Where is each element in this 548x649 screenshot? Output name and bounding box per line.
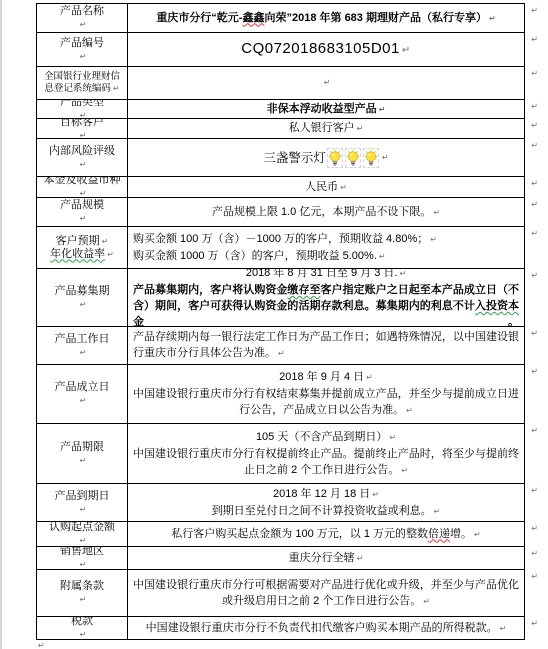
label-registration-code[interactable]: 全国银行业理财信 息登记系统编码↵ [37, 67, 128, 99]
paragraph-mark-icon: ↵ [406, 406, 413, 415]
paragraph-mark-icon: ↵ [80, 454, 87, 467]
product-info-table: 产品名称↵ 重庆市分行“乾元-鑫鑫向荣”2018 年第 683 期理财产品（私行… [36, 3, 525, 640]
row-registration-code: 全国银行业理财信 息登记系统编码↵ ↵ ↵ [37, 66, 524, 99]
value-fundraising-period[interactable]: 2018 年 8 月 31 日至 9 月 3 日.↵ 产品募集期内，客户将认购资… [128, 269, 524, 326]
row-end-mark-icon: ↵ [531, 367, 538, 376]
row-tax: 税款↵ 中国建设银行重庆市分行不负责代扣代缴客户购买本期产品的所得税款。↵ ↵ [37, 616, 524, 639]
label-text: 产品规模 [60, 199, 104, 212]
label-text: 产品期限 [60, 441, 104, 454]
establishment-date-text: 2018 年 9 月 4 日↵ [133, 369, 519, 386]
value-minimum-subscription[interactable]: 私行客户购买起点金额为 100 万元，以 1 万元的整数倍递增。↵ [128, 522, 524, 546]
row-product-scale: 产品规模↵ 产品规模上限 1.0 亿元，本期产品不设下限。↵ ↵ [37, 197, 524, 226]
label-text: 产品募集期 [55, 285, 110, 298]
label-text: 产品成立日 [55, 381, 110, 394]
label-text: 目标客户 [60, 119, 104, 129]
paragraph-mark-icon: ↵ [500, 624, 507, 633]
maturity-note: 到期日至兑付日之间不计算投资收益或利息。↵ [133, 503, 519, 520]
row-end-mark-icon: ↵ [531, 426, 538, 435]
label-product-scale[interactable]: 产品规模↵ [37, 198, 128, 226]
value-business-days[interactable]: 产品存续期内每一银行法定工作日为产品工作日；如遇特殊情况，以中国建设银行重庆市分… [128, 327, 524, 364]
paragraph-mark-icon: ↵ [423, 597, 430, 606]
value-registration-code[interactable]: ↵ [128, 67, 524, 99]
yield-tier-2: 购买金额 1000 万（含）的客户，预期收益 5.00%.↵ [133, 248, 519, 265]
row-fundraising-period: 产品募集期↵ 2018 年 8 月 31 日至 9 月 3 日.↵ 产品募集期内… [37, 268, 524, 326]
paragraph-mark-icon: ↵ [80, 593, 87, 606]
row-end-mark-icon: ↵ [531, 572, 538, 581]
paragraph-mark-icon: ↵ [113, 84, 120, 93]
row-currency: 本金及收益币种↵ 人民币↵ ↵ [37, 176, 524, 197]
label-product-term[interactable]: 产品期限↵ [37, 424, 128, 483]
warning-light-icon [345, 148, 361, 168]
row-risk-rating: 内部风险评级↵ 三盏警示灯 ↵ ↵ [37, 138, 524, 176]
row-minimum-subscription: 认购起点金额↵ 私行客户购买起点金额为 100 万元，以 1 万元的整数倍递增。… [37, 521, 524, 546]
paragraph-mark-icon: ↵ [80, 158, 87, 171]
paragraph-mark-icon: ↵ [474, 530, 481, 539]
page-left-edge [0, 0, 2, 649]
label-text: 内部风险评级 [49, 145, 115, 158]
document-page: 产品名称↵ 重庆市分行“乾元-鑫鑫向荣”2018 年第 683 期理财产品（私行… [0, 0, 548, 649]
paragraph-mark-icon: ↵ [80, 18, 87, 31]
value-product-name[interactable]: 重庆市分行“乾元-鑫鑫向荣”2018 年第 683 期理财产品（私行专享）↵ [128, 4, 524, 32]
label-product-type[interactable]: 产品类型↵ [37, 100, 128, 118]
row-end-mark-icon: ↵ [531, 329, 538, 338]
label-text: 产品编号 [60, 37, 104, 50]
warning-light-icon [363, 148, 379, 168]
label-product-name[interactable]: 产品名称↵ [37, 4, 128, 32]
label-additional-terms[interactable]: 附属条款↵ [37, 570, 128, 616]
value-product-code[interactable]: CQ072018683105D01↵ [128, 33, 524, 66]
paragraph-mark-icon: ↵ [80, 394, 87, 407]
value-additional-terms[interactable]: 中国建设银行重庆市分行可根据需要对产品进行优化或升级，并至少与产品优化或升级启用… [128, 570, 524, 616]
label-text-line1: 客户预期↵ [56, 235, 109, 248]
value-sales-region[interactable]: 重庆分行全辖↵ [128, 547, 524, 569]
establishment-terms: 中国建设银行重庆市分行有权结束募集并提前成立产品，并至少与提前成立日进行公告，产… [133, 386, 519, 419]
row-sales-region: 销售地区↵ 重庆分行全辖↵ ↵ [37, 546, 524, 569]
row-end-mark-icon: ↵ [531, 200, 538, 209]
row-end-mark-icon: ↵ [531, 6, 538, 15]
target-customer-text: 私人银行客户↵ [133, 120, 519, 137]
row-end-mark-icon: ↵ [531, 69, 538, 78]
tax-text: 中国建设银行重庆市分行不负责代扣代缴客户购买本期产品的所得税款。↵ [133, 620, 519, 637]
value-currency[interactable]: 人民币↵ [128, 177, 524, 197]
value-establishment-date[interactable]: 2018 年 9 月 4 日↵ 中国建设银行重庆市分行有权结束募集并提前成立产品… [128, 365, 524, 423]
misspelled-text: 鑫鑫 [242, 12, 264, 24]
label-sales-region[interactable]: 销售地区↵ [37, 547, 128, 569]
label-text: 附属条款 [60, 580, 104, 593]
paragraph-mark-icon: ↵ [80, 503, 87, 516]
label-text: 销售地区 [60, 547, 104, 558]
label-expected-yield[interactable]: 客户预期↵ 年化收益率↵ [37, 227, 128, 268]
paragraph-mark-icon: ↵ [102, 237, 109, 246]
product-term-text: 105 天（不含产品到期日）↵ [133, 429, 519, 446]
label-text-line1: 全国银行业理财信 [44, 71, 120, 83]
row-target-customer: 目标客户↵ 私人银行客户↵ ↵ [37, 118, 524, 138]
paragraph-mark-icon: ↵ [278, 349, 285, 358]
warning-light-icon [327, 148, 343, 168]
risk-rating-text: 三盏警示灯 ↵ [133, 148, 519, 168]
label-tax[interactable]: 税款↵ [37, 617, 128, 639]
row-end-mark-icon: ↵ [531, 271, 538, 280]
paragraph-mark-icon: ↵ [80, 129, 87, 139]
paragraph-mark-icon: ↵ [401, 466, 408, 475]
paragraph-mark-icon: ↵ [382, 150, 389, 166]
paragraph-mark-icon: ↵ [366, 373, 373, 382]
paragraph-mark-icon: ↵ [433, 208, 440, 217]
minimum-subscription-text: 私行客户购买起点金额为 100 万元，以 1 万元的整数倍递增。↵ [133, 526, 519, 543]
yield-tier-1: 购买金额 100 万（含）－1000 万的客户，预期收益 4.80%；↵ [133, 231, 519, 248]
value-product-type[interactable]: 非保本浮动收益型产品↵ [128, 100, 524, 118]
row-additional-terms: 附属条款↵ 中国建设银行重庆市分行可根据需要对产品进行优化或升级，并至少与产品优… [37, 569, 524, 616]
row-end-mark-icon: ↵ [531, 121, 538, 130]
row-end-mark-icon: ↵ [531, 229, 538, 238]
misspelled-text: 倍递 [428, 528, 450, 540]
paragraph-mark-icon: ↵ [379, 105, 386, 114]
paragraph-mark-icon: ↵ [434, 507, 441, 516]
paragraph-mark-icon: ↵ [489, 14, 496, 23]
product-type-text: 非保本浮动收益型产品↵ [133, 101, 519, 118]
row-product-code: 产品编号↵ CQ072018683105D01↵ ↵ [37, 32, 524, 66]
product-code-text: CQ072018683105D01↵ [133, 41, 519, 59]
fundraising-terms: 产品募集期内，客户将认购资金缴存至客户指定账户之日起至本产品成立日（不含）期间，… [133, 282, 519, 326]
value-product-scale[interactable]: 产品规模上限 1.0 亿元，本期产品不设下限。↵ [128, 198, 524, 226]
paragraph-mark-icon: ↵ [80, 534, 87, 546]
row-product-term: 产品期限↵ 105 天（不含产品到期日）↵ 中国建设银行重庆市分行有权提前终止产… [37, 423, 524, 483]
label-text: 产品工作日 [55, 333, 110, 346]
paragraph-mark-icon: ↵ [340, 183, 347, 192]
paragraph-mark-icon: ↵ [80, 187, 87, 197]
row-end-mark-icon: ↵ [531, 524, 538, 533]
paragraph-mark-icon: ↵ [80, 628, 87, 639]
paragraph-mark-icon: ↵ [399, 269, 406, 278]
row-business-days: 产品工作日↵ 产品存续期内每一银行法定工作日为产品工作日；如遇特殊情况，以中国建… [37, 326, 524, 364]
row-end-mark-icon: ↵ [531, 35, 538, 44]
label-currency[interactable]: 本金及收益币种↵ [37, 177, 128, 197]
paragraph-mark-icon: ↵ [379, 252, 386, 261]
value-risk-rating[interactable]: 三盏警示灯 ↵ [128, 139, 524, 176]
label-text: 产品类型 [60, 100, 104, 109]
label-text-line2: 息登记系统编码↵ [44, 83, 119, 95]
paragraph-mark-icon: ↵ [372, 490, 379, 499]
label-text: 税款 [71, 617, 93, 628]
value-target-customer[interactable]: 私人银行客户↵ [128, 119, 524, 138]
label-risk-rating[interactable]: 内部风险评级↵ [37, 139, 128, 176]
value-maturity-date[interactable]: 2018 年 12 月 18 日↵ 到期日至兑付日之间不计算投资收益或利息。↵ [128, 484, 524, 521]
row-end-mark-icon: ↵ [531, 179, 538, 188]
business-days-text: 产品存续期内每一银行法定工作日为产品工作日；如遇特殊情况，以中国建设银行重庆市分… [133, 329, 519, 362]
additional-terms-text: 中国建设银行重庆市分行可根据需要对产品进行优化或升级，并至少与产品优化或升级启用… [133, 577, 519, 610]
label-maturity-date[interactable]: 产品到期日↵ [37, 484, 128, 521]
paragraph-mark-icon: ↵ [80, 298, 87, 311]
product-name-text: 重庆市分行“乾元-鑫鑫向荣”2018 年第 683 期理财产品（私行专享）↵ [133, 10, 519, 27]
label-text-line2: 年化收益率↵ [50, 248, 114, 261]
row-end-mark-icon: ↵ [531, 486, 538, 495]
row-end-mark-icon: ↵ [531, 549, 538, 558]
paragraph-mark-icon: ↵ [389, 433, 396, 442]
paragraph-mark-icon: ↵ [38, 641, 45, 649]
paragraph-mark-icon: ↵ [80, 346, 87, 359]
value-expected-yield[interactable]: 购买金额 100 万（含）－1000 万的客户，预期收益 4.80%；↵ 购买金… [128, 227, 524, 268]
maturity-date-text: 2018 年 12 月 18 日↵ [133, 486, 519, 503]
label-target-customer[interactable]: 目标客户↵ [37, 119, 128, 138]
fundraising-dates: 2018 年 8 月 31 日至 9 月 3 日.↵ [133, 269, 519, 282]
row-end-mark-icon: ↵ [531, 102, 538, 111]
paragraph-mark-icon: ↵ [80, 558, 87, 569]
value-tax[interactable]: 中国建设银行重庆市分行不负责代扣代缴客户购买本期产品的所得税款。↵ [128, 617, 524, 639]
label-text: 产品名称 [60, 5, 104, 18]
row-expected-yield: 客户预期↵ 年化收益率↵ 购买金额 100 万（含）－1000 万的客户，预期收… [37, 226, 524, 268]
row-end-mark-icon: ↵ [531, 619, 538, 628]
paragraph-mark-icon: ↵ [430, 235, 437, 244]
paragraph-mark-icon: ↵ [80, 50, 87, 63]
label-business-days[interactable]: 产品工作日↵ [37, 327, 128, 364]
paragraph-mark-icon: ↵ [135, 75, 519, 91]
row-establishment-date: 产品成立日↵ 2018 年 9 月 4 日↵ 中国建设银行重庆市分行有权结束募集… [37, 364, 524, 423]
paragraph-mark-icon: ↵ [402, 45, 411, 56]
row-end-mark-icon: ↵ [531, 141, 538, 150]
product-scale-text: 产品规模上限 1.0 亿元，本期产品不设下限。↵ [133, 204, 519, 221]
paragraph-mark-icon: ↵ [357, 554, 364, 563]
paragraph-mark-icon: ↵ [107, 250, 114, 259]
currency-text: 人民币↵ [133, 179, 519, 196]
row-product-type: 产品类型↵ 非保本浮动收益型产品↵ ↵ [37, 99, 524, 118]
label-fundraising-period[interactable]: 产品募集期↵ [37, 269, 128, 326]
label-text: 认购起点金额 [49, 522, 115, 534]
paragraph-mark-icon: ↵ [80, 212, 87, 225]
label-minimum-subscription[interactable]: 认购起点金额↵ [37, 522, 128, 546]
sales-region-text: 重庆分行全辖↵ [133, 550, 519, 567]
product-term-terms: 中国建设银行重庆市分行有权提前终止产品。提前终止产品时，将至少与提前终止日之前 … [133, 446, 519, 479]
row-maturity-date: 产品到期日↵ 2018 年 12 月 18 日↵ 到期日至兑付日之间不计算投资收… [37, 483, 524, 521]
label-text: 本金及收益币种 [44, 177, 121, 187]
value-product-term[interactable]: 105 天（不含产品到期日）↵ 中国建设银行重庆市分行有权提前终止产品。提前终止… [128, 424, 524, 483]
row-product-name: 产品名称↵ 重庆市分行“乾元-鑫鑫向荣”2018 年第 683 期理财产品（私行… [37, 4, 524, 32]
label-product-code[interactable]: 产品编号↵ [37, 33, 128, 66]
label-establishment-date[interactable]: 产品成立日↵ [37, 365, 128, 423]
label-text: 产品到期日 [55, 490, 110, 503]
paragraph-mark-icon: ↵ [357, 124, 364, 133]
paragraph-mark-icon: ↵ [80, 109, 87, 118]
